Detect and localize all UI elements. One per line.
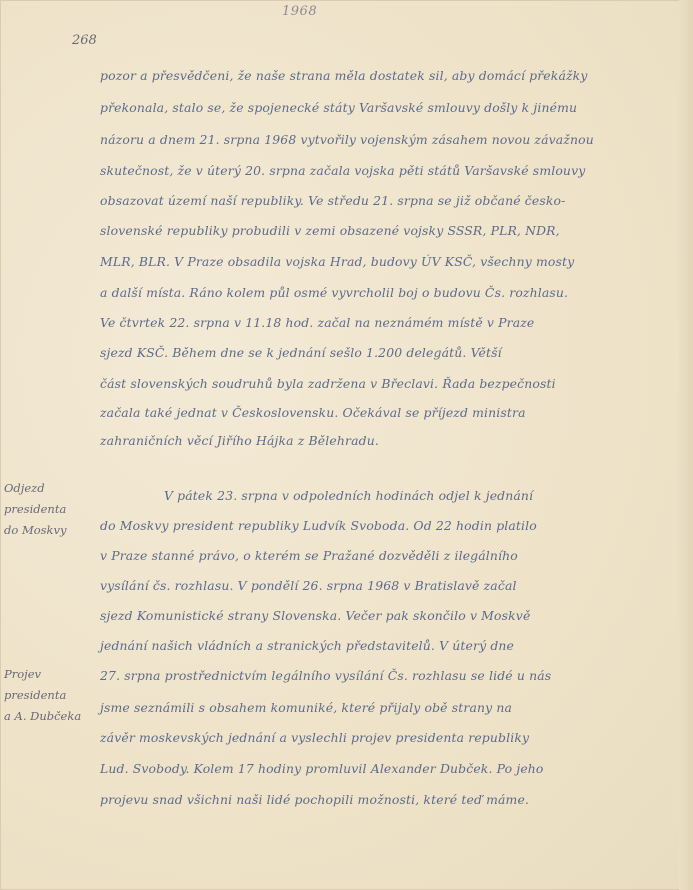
text-line: zahraničních věcí Jiřího Hájka z Bělehra… — [100, 433, 379, 448]
text-line: skutečnost, že v úterý 20. srpna začala … — [100, 163, 585, 178]
margin-note-line: Odjezd — [4, 478, 67, 499]
text-line: sjezd Komunistické strany Slovenska. Več… — [100, 608, 530, 623]
margin-note-president-departure: Odjezd presidenta do Moskvy — [4, 478, 67, 541]
text-line: slovenské republiky probudili v zemi obs… — [100, 223, 560, 238]
text-line: vysílání čs. rozhlasu. V pondělí 26. srp… — [100, 578, 517, 593]
text-line: překonala, stalo se, že spojenecké státy… — [100, 100, 577, 115]
text-line: v Praze stanné právo, o kterém se Pražan… — [100, 548, 518, 563]
text-line: část slovenských soudruhů byla zadržena … — [100, 376, 556, 391]
margin-note-line: do Moskvy — [4, 520, 67, 541]
text-line: sjezd KSČ. Během dne se k jednání sešlo … — [100, 345, 502, 360]
handwritten-chronicle-page: 1968 268 pozor a přesvědčeni, že naše st… — [0, 0, 693, 890]
text-line: pozor a přesvědčeni, že naše strana měla… — [100, 68, 587, 83]
margin-note-line: presidenta — [4, 685, 81, 706]
text-line: 27. srpna prostřednictvím legálního vysí… — [100, 668, 551, 683]
text-line: jsme seznámili s obsahem komuniké, které… — [100, 700, 512, 715]
year-heading: 1968 — [282, 4, 317, 19]
text-line: začala také jednat v Československu. Oče… — [100, 405, 526, 420]
margin-note-line: Projev — [4, 664, 81, 685]
page-number: 268 — [72, 33, 97, 48]
margin-note-line: presidenta — [4, 499, 67, 520]
text-line: MLR, BLR. V Praze obsadila vojska Hrad, … — [100, 254, 574, 269]
page-edge — [679, 0, 693, 890]
text-line: projevu snad všichni naši lidé pochopili… — [100, 792, 529, 807]
text-line: V pátek 23. srpna v odpoledních hodinách… — [164, 488, 533, 503]
text-line: a další místa. Ráno kolem půl osmé vyvrc… — [100, 285, 568, 300]
margin-note-line: a A. Dubčeka — [4, 706, 81, 727]
text-line: závěr moskevských jednání a vyslechli pr… — [100, 730, 529, 745]
text-line: jednání našich vládních a stranických př… — [100, 638, 514, 653]
text-line: názoru a dnem 21. srpna 1968 vytvořily v… — [100, 132, 594, 147]
text-line: do Moskvy president republiky Ludvík Svo… — [100, 518, 537, 533]
text-line: obsazovat území naší republiky. Ve střed… — [100, 193, 565, 208]
text-line: Ve čtvrtek 22. srpna v 11.18 hod. začal … — [100, 315, 534, 330]
margin-note-speech: Projev presidenta a A. Dubčeka — [4, 664, 81, 727]
text-line: Lud. Svobody. Kolem 17 hodiny promluvil … — [100, 761, 544, 776]
